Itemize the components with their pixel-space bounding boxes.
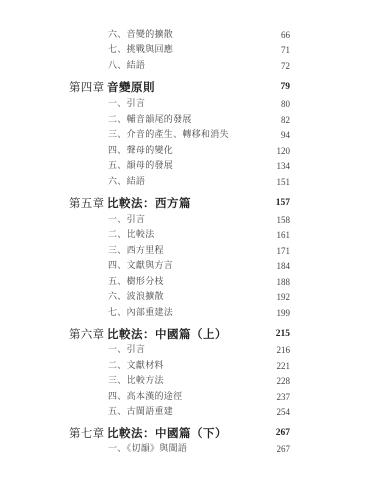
toc-chapter-row: 第七章比較法：中國篇（下）267 <box>0 425 369 441</box>
page-number: 66 <box>281 27 290 43</box>
toc-section-row: 一、引言216 <box>0 342 369 358</box>
toc-section-row: 一、《切韻》與閩語267 <box>0 441 369 457</box>
page-number: 151 <box>277 174 291 190</box>
toc-section-row: 六、結語151 <box>0 174 369 190</box>
toc-section-row: 二、比較法161 <box>0 227 369 243</box>
page-number: 267 <box>276 425 290 441</box>
page-number: 79 <box>281 79 291 95</box>
page-number: 237 <box>277 389 291 405</box>
section-title: 七、內部重建法 <box>108 305 173 321</box>
toc-section-row: 六、波浪擴散192 <box>0 289 369 305</box>
chapter-title: 音變原則 <box>107 79 155 95</box>
section-title: 一、《切韻》與閩語 <box>108 441 187 457</box>
section-title: 五、韻母的發展 <box>108 158 173 174</box>
section-title: 五、古閩語重建 <box>108 404 173 420</box>
page-number: 120 <box>277 143 291 159</box>
page-number: 72 <box>281 58 290 74</box>
page-number: 188 <box>277 274 291 290</box>
page-number: 134 <box>277 158 291 174</box>
section-title: 三、比較方法 <box>108 373 164 389</box>
section-title: 一、引言 <box>108 212 145 228</box>
chapter-number: 第七章 <box>69 425 104 441</box>
section-title: 二、文獻材料 <box>108 358 164 374</box>
section-title: 五、樹形分枝 <box>108 274 164 290</box>
toc-section-row: 二、文獻材料221 <box>0 358 369 374</box>
page-number: 215 <box>276 326 290 342</box>
section-title: 八、結語 <box>108 58 145 74</box>
toc-section-row: 二、輔音韻尾的發展82 <box>0 112 369 128</box>
page-number: 228 <box>277 373 291 389</box>
section-title: 三、西方里程 <box>108 243 164 259</box>
section-title: 三、介音的產生、轉移和消失 <box>108 127 229 143</box>
section-title: 七、挑戰與回應 <box>108 42 173 58</box>
page-number: 216 <box>277 342 291 358</box>
toc-section-row: 四、聲母的變化120 <box>0 143 369 159</box>
toc-section-row: 三、西方里程171 <box>0 243 369 259</box>
page-number: 221 <box>277 358 291 374</box>
section-title: 六、音變的擴散 <box>108 27 173 43</box>
toc-section-row: 七、挑戰與回應71 <box>0 42 369 58</box>
section-title: 二、比較法 <box>108 227 155 243</box>
toc-section-row: 七、內部重建法199 <box>0 305 369 321</box>
section-title: 六、波浪擴散 <box>108 289 164 305</box>
page-number: 161 <box>277 227 291 243</box>
toc-section-row: 一、引言158 <box>0 212 369 228</box>
page-number: 71 <box>281 42 290 58</box>
page-number: 254 <box>277 404 291 420</box>
toc-section-row: 三、比較方法228 <box>0 373 369 389</box>
toc-section-row: 四、高本漢的途徑237 <box>0 389 369 405</box>
section-title: 四、高本漢的途徑 <box>108 389 182 405</box>
section-title: 六、結語 <box>108 174 145 190</box>
page-number: 184 <box>277 258 291 274</box>
page-number: 267 <box>277 441 291 457</box>
section-title: 二、輔音韻尾的發展 <box>108 112 192 128</box>
toc-section-row: 五、古閩語重建254 <box>0 404 369 420</box>
chapter-number: 第六章 <box>69 326 104 342</box>
toc-section-row: 三、介音的產生、轉移和消失94 <box>0 127 369 143</box>
section-title: 四、文獻與方言 <box>108 258 173 274</box>
section-title: 一、引言 <box>108 96 145 112</box>
section-title: 四、聲母的變化 <box>108 143 173 159</box>
chapter-number: 第四章 <box>69 79 104 95</box>
page-number: 82 <box>281 112 290 128</box>
page-number: 94 <box>281 127 290 143</box>
toc-chapter-row: 第五章比較法：西方篇157 <box>0 195 369 211</box>
toc-section-row: 六、音變的擴散66 <box>0 27 369 43</box>
chapter-title: 比較法：西方篇 <box>107 195 191 211</box>
toc-chapter-row: 第四章音變原則79 <box>0 79 369 95</box>
page-number: 158 <box>277 212 291 228</box>
toc-section-row: 四、文獻與方言184 <box>0 258 369 274</box>
toc-section-row: 一、引言80 <box>0 96 369 112</box>
toc-section-row: 八、結語72 <box>0 58 369 74</box>
page-number: 192 <box>277 289 291 305</box>
toc-chapter-row: 第六章比較法：中國篇（上）215 <box>0 326 369 342</box>
chapter-number: 第五章 <box>69 195 104 211</box>
chapter-title: 比較法：中國篇（上） <box>107 326 227 342</box>
page-number: 199 <box>277 305 291 321</box>
toc-section-row: 五、韻母的發展134 <box>0 158 369 174</box>
toc-section-row: 五、樹形分枝188 <box>0 274 369 290</box>
page-number: 171 <box>277 243 291 259</box>
page-number: 157 <box>276 195 290 211</box>
chapter-title: 比較法：中國篇（下） <box>107 425 227 441</box>
section-title: 一、引言 <box>108 342 145 358</box>
page-number: 80 <box>281 96 290 112</box>
